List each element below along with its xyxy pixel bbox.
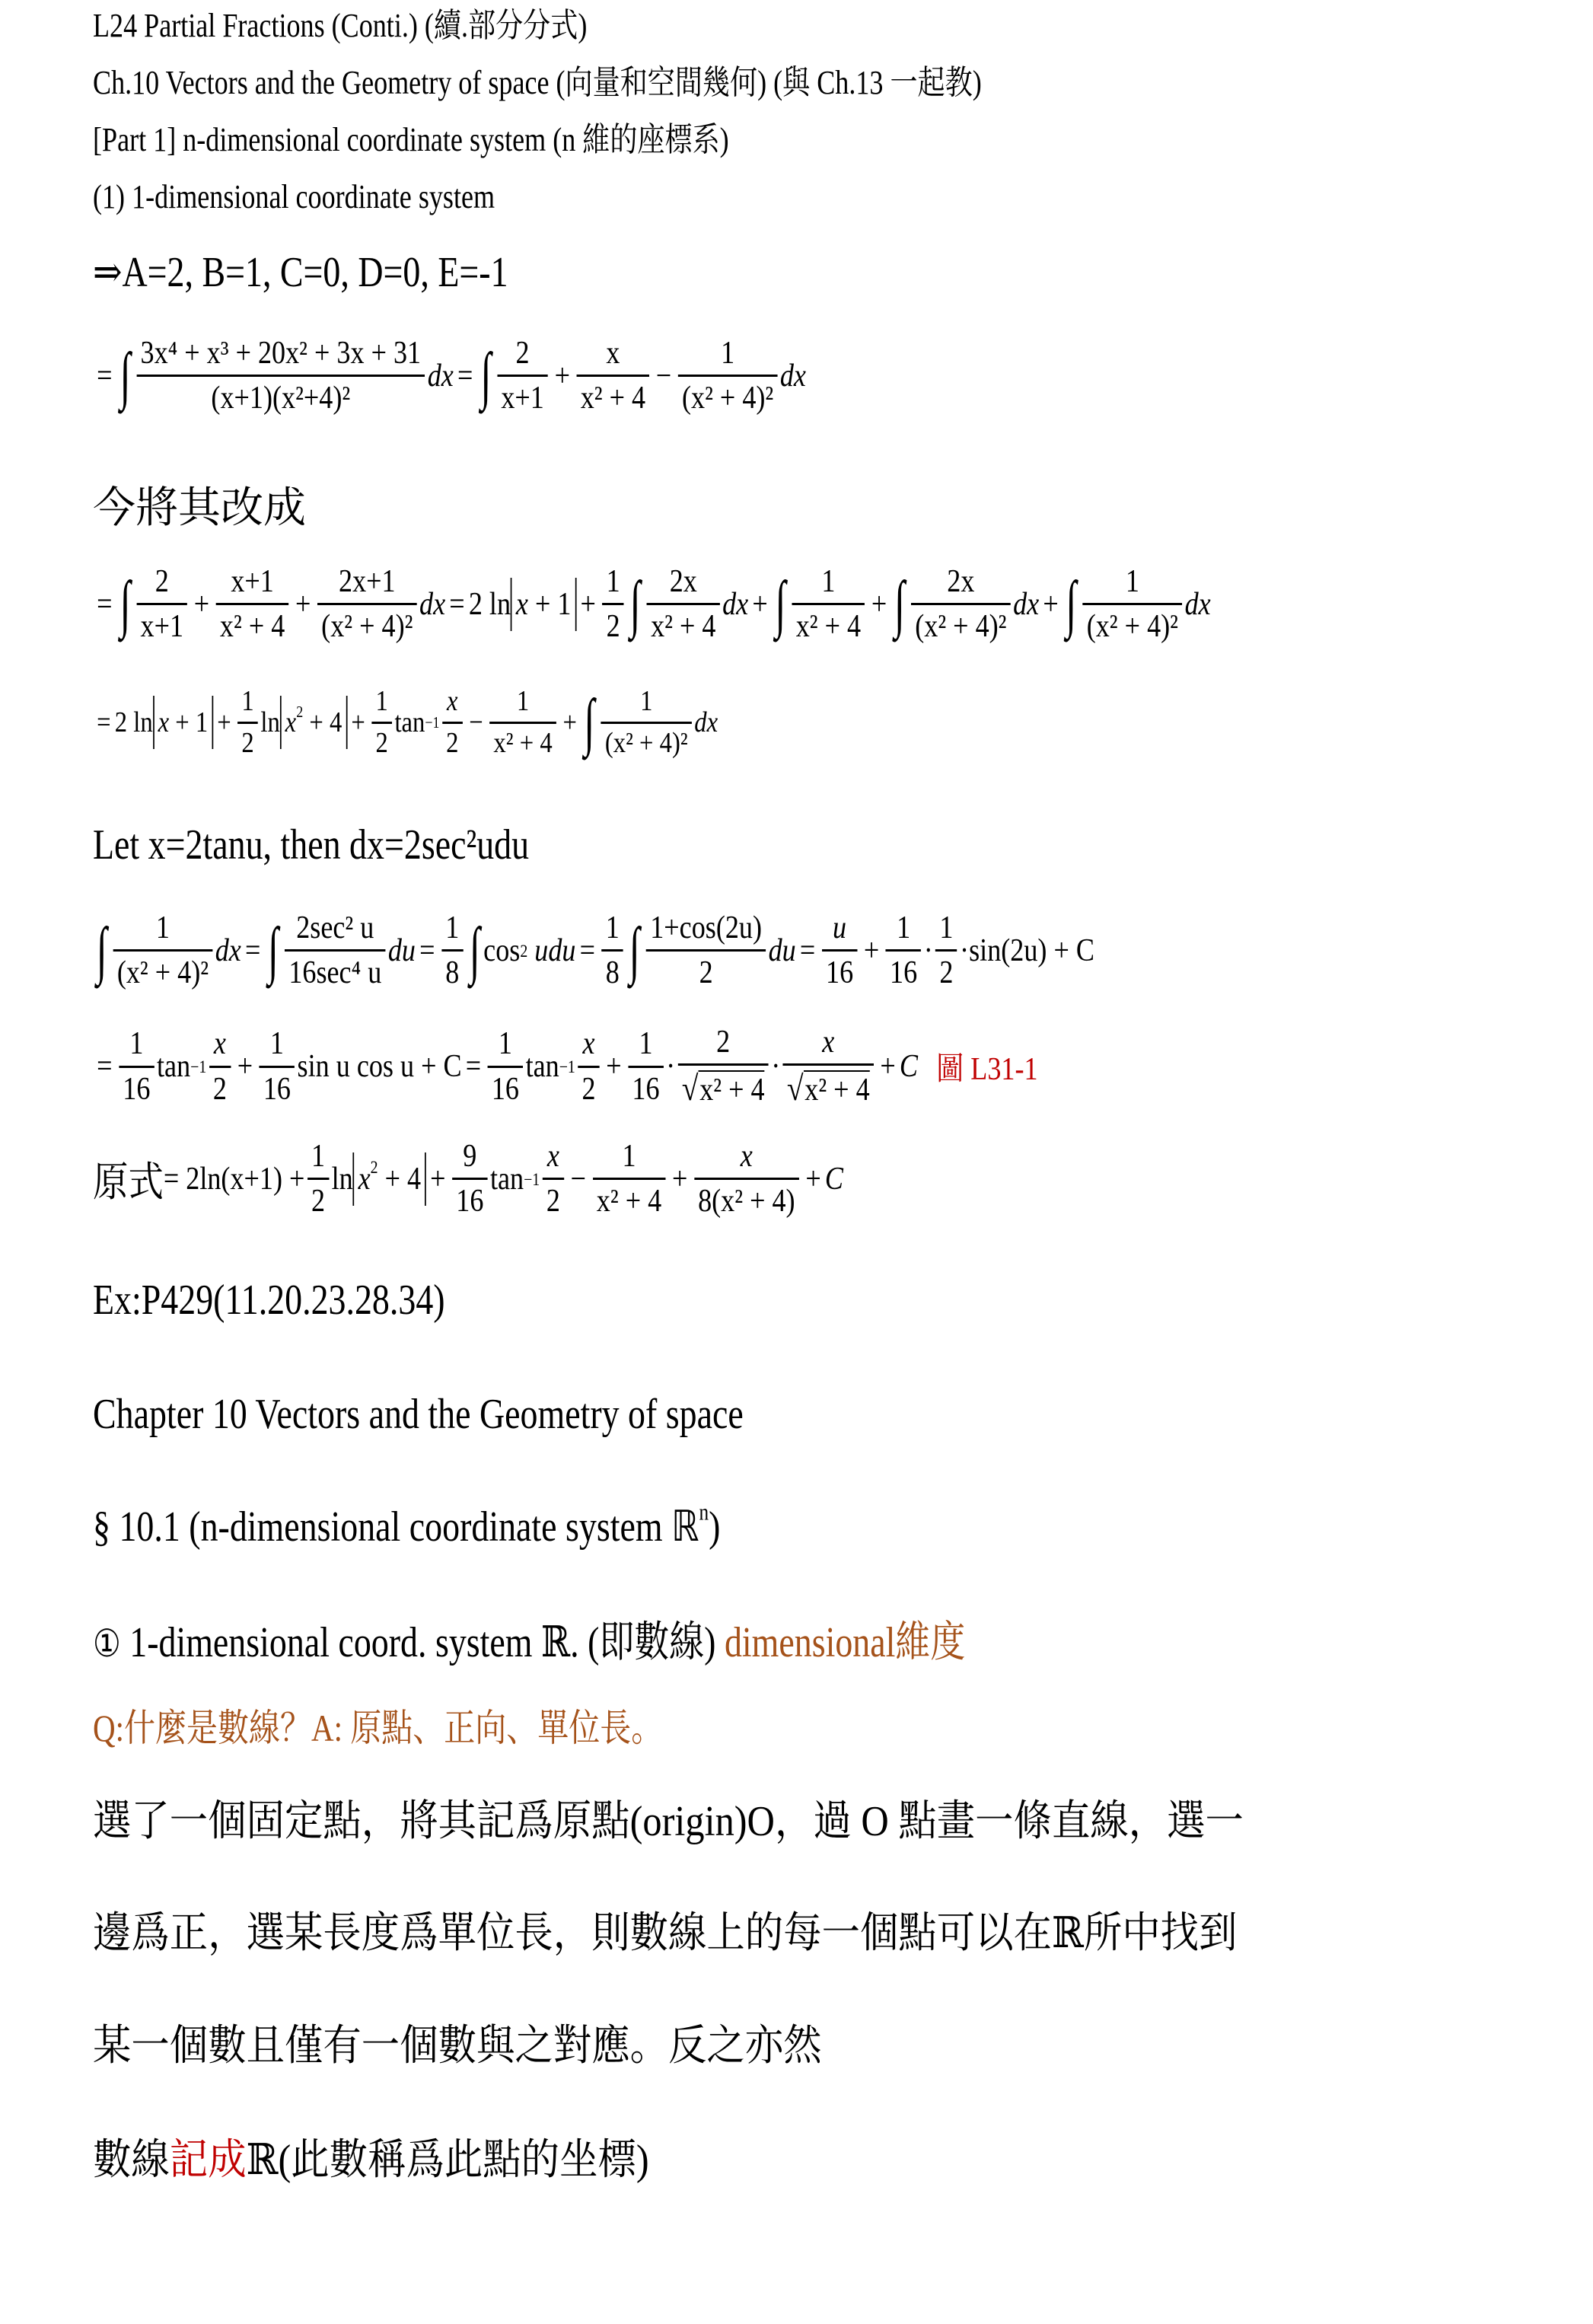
equation-back-substitution: = 116 tan−1 x2 + 116 sin u cos u + C= 11… — [93, 1024, 1038, 1109]
substitution-statement: Let x=2tanu, then dx=2sec²udu — [93, 824, 529, 866]
equation-trig-substitution: ∫ 1(x² + 4)² dx=∫ 2sec² u16sec⁴ u du= 18… — [93, 910, 1094, 992]
equation-final-result: 原式 = 2ln(x+1) + 12 lnx2 + 4+ 916 tan−1 x… — [93, 1138, 843, 1220]
lecture-title: L24 Partial Fractions (Conti.) (續.部分分式) — [93, 9, 587, 43]
question-note: Q:什麼是數線？A: 原點、正向、單位長。 — [93, 1709, 662, 1747]
equation-rewritten: =∫ 2x+1 + x+1x² + 4 + 2x+1(x² + 4)² dx=2… — [93, 563, 1211, 646]
fraction: 3x⁴ + x³ + 20x² + 3x + 31(x+1)(x²+4)² — [136, 335, 425, 417]
equation-partial-fraction: =∫ 3x⁴ + x³ + 20x² + 3x + 31(x+1)(x²+4)²… — [93, 335, 806, 417]
circled-one-icon: ① — [93, 1622, 121, 1665]
highlight-denoted: 記成 — [170, 2137, 247, 2184]
paragraph-line-1: 選了一個固定點，將其記爲原點(origin)O，過 O 點畫一條直線，選一 — [93, 1800, 1244, 1843]
figure-reference: 圖 L31-1 — [936, 1044, 1037, 1089]
item-1d-coord-system: ① 1-dimensional coord. system ℝ. (即數線) d… — [93, 1621, 965, 1664]
equation-partial-result: =2 lnx + 1+ 12 lnx2 + 4+ 12 tan−1 x2 − 1… — [93, 685, 718, 760]
section-heading: § 10.1 (n-dimensional coordinate system … — [93, 1506, 720, 1548]
exercise-reference: Ex:P429(11.20.23.28.34) — [93, 1279, 445, 1321]
paragraph-line-2: 邊爲正，選某長度爲單位長，則數線上的每一個點可以在ℝ所中找到 — [93, 1912, 1237, 1955]
rewrite-label: 今將其改成 — [93, 487, 306, 530]
paragraph-line-3: 某一個數且僅有一個數與之對應。反之亦然 — [93, 2025, 822, 2067]
part-heading: [Part 1] n-dimensional coordinate system… — [93, 123, 729, 157]
subsection-heading: (1) 1-dimensional coordinate system — [93, 180, 495, 214]
coefficients-result: ⇒A=2, B=1, C=0, D=0, E=-1 — [93, 251, 508, 294]
chapter-heading: Ch.10 Vectors and the Geometry of space … — [93, 66, 982, 100]
chapter-title: Chapter 10 Vectors and the Geometry of s… — [93, 1393, 744, 1436]
integral-sign: ∫ — [119, 344, 130, 408]
real-numbers-symbol: ℝ — [671, 1502, 699, 1551]
paragraph-line-4: 數線記成ℝ(此數稱爲此點的坐標) — [93, 2139, 649, 2182]
dimensional-note: dimensional維度 — [725, 1619, 965, 1666]
